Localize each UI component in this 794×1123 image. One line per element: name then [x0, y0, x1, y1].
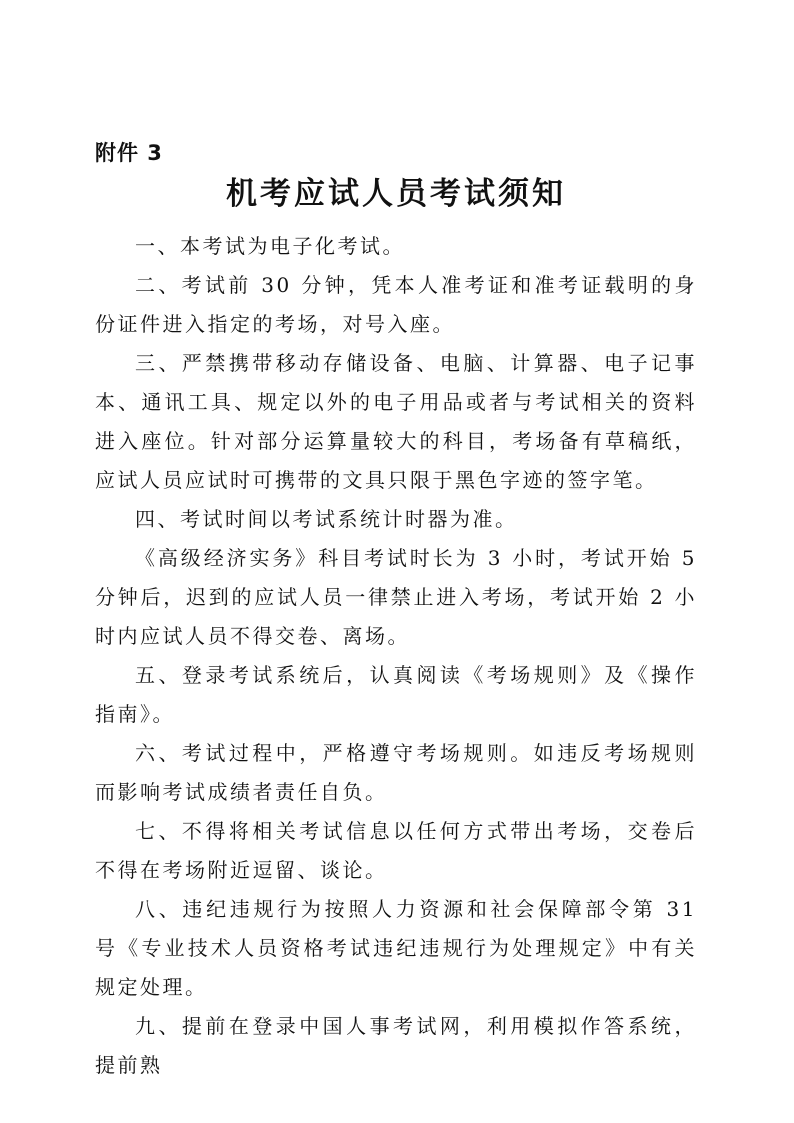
paragraph-6: 五、登录考试系统后，认真阅读《考场规则》及《操作指南》。	[95, 656, 697, 734]
attachment-label: 附件 3	[95, 140, 697, 166]
document-body: 一、本考试为电子化考试。 二、考试前 30 分钟，凭本人准考证和准考证载明的身份…	[95, 227, 697, 1085]
document-page: 附件 3 机考应试人员考试须知 一、本考试为电子化考试。 二、考试前 30 分钟…	[0, 0, 794, 1123]
document-title: 机考应试人员考试须知	[95, 174, 697, 214]
paragraph-3: 三、严禁携带移动存储设备、电脑、计算器、电子记事本、通讯工具、规定以外的电子用品…	[95, 344, 697, 500]
paragraph-10: 九、提前在登录中国人事考试网，利用模拟作答系统，提前熟	[95, 1007, 697, 1085]
paragraph-1: 一、本考试为电子化考试。	[95, 227, 697, 266]
paragraph-4: 四、考试时间以考试系统计时器为准。	[95, 500, 697, 539]
paragraph-2: 二、考试前 30 分钟，凭本人准考证和准考证载明的身份证件进入指定的考场，对号入…	[95, 266, 697, 344]
paragraph-9: 八、违纪违规行为按照人力资源和社会保障部令第 31 号《专业技术人员资格考试违纪…	[95, 890, 697, 1007]
paragraph-8: 七、不得将相关考试信息以任何方式带出考场，交卷后不得在考场附近逗留、谈论。	[95, 812, 697, 890]
paragraph-5: 《高级经济实务》科目考试时长为 3 小时，考试开始 5 分钟后，迟到的应试人员一…	[95, 539, 697, 656]
paragraph-7: 六、考试过程中，严格遵守考场规则。如违反考场规则而影响考试成绩者责任自负。	[95, 734, 697, 812]
